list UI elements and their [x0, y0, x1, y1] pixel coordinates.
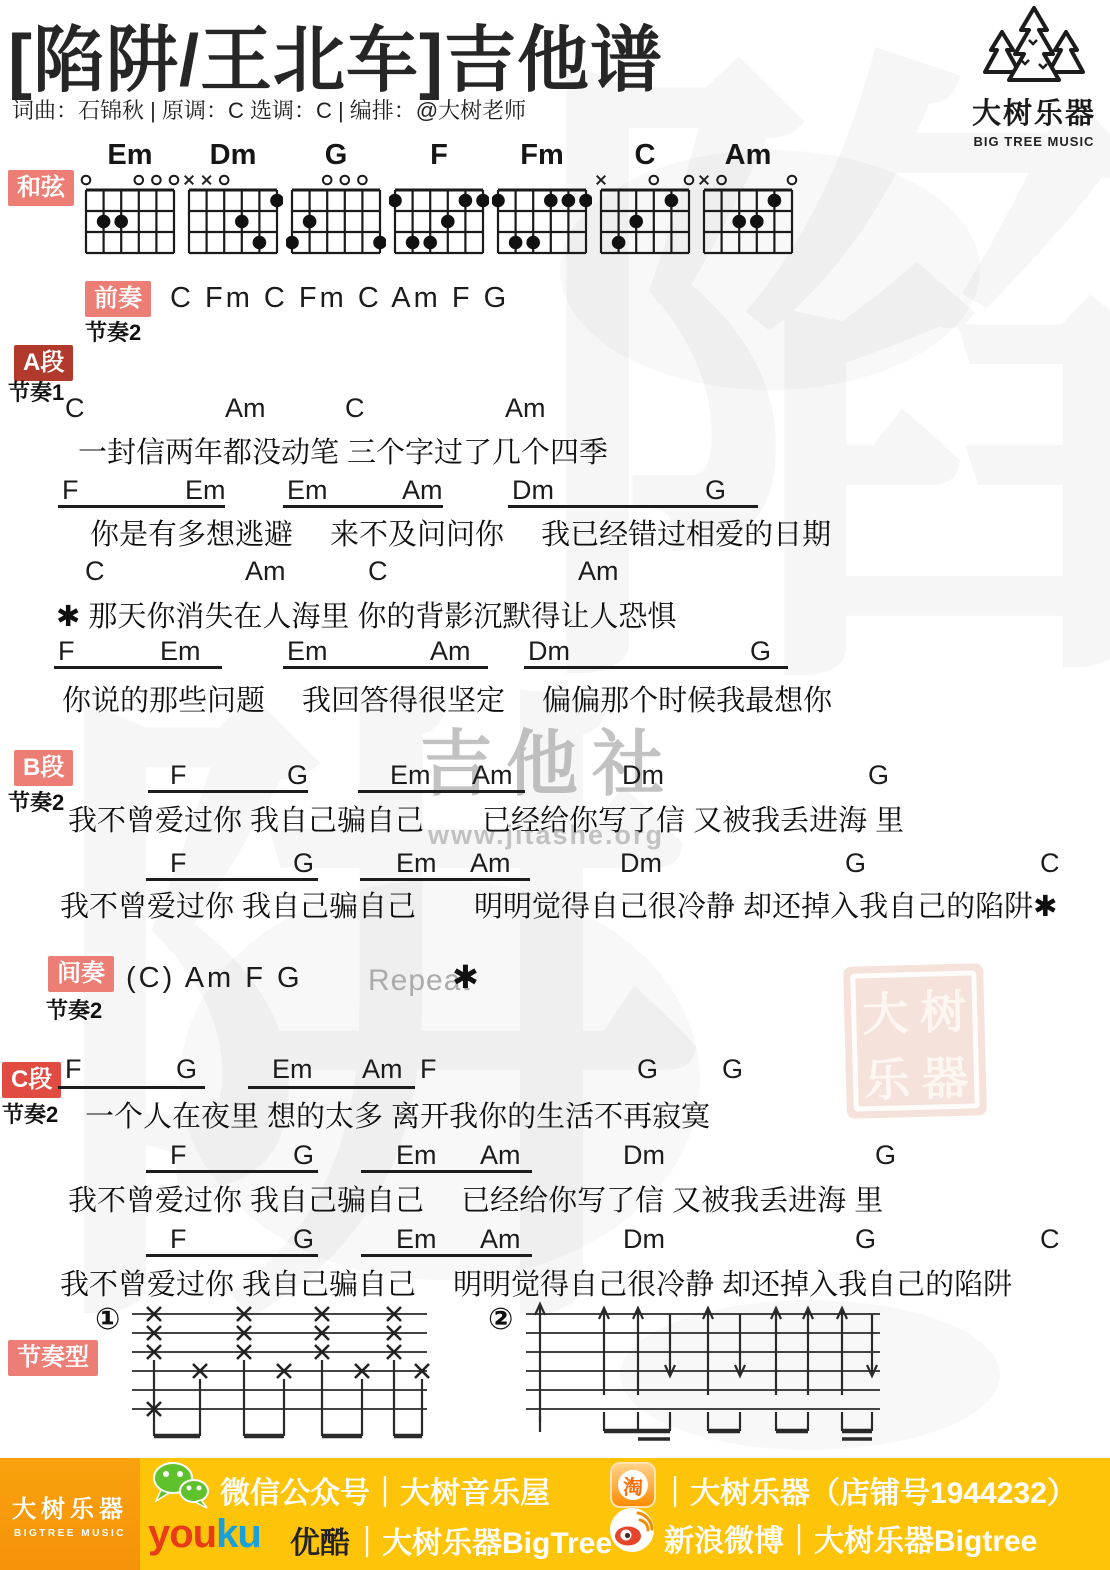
chord-underline: [283, 505, 443, 508]
chord-label: F: [170, 760, 187, 791]
chord-label: Em: [160, 636, 201, 667]
chord-label: Em: [396, 1140, 437, 1171]
chord-underline: [146, 1254, 318, 1257]
chord-label: Am: [480, 1140, 521, 1171]
chord-grid: [389, 170, 489, 260]
chord-diagram-name: C: [595, 140, 695, 170]
chord-diagram-name: G: [286, 140, 386, 170]
youku-logo-red: you: [148, 1512, 216, 1556]
wechat-icon: [150, 1460, 212, 1510]
chord-underline: [146, 878, 318, 881]
chord-label: Am: [480, 1224, 521, 1255]
lyric-line: 我不曾爱过你 我自己骗自己 已经给你写了信 又被我丢进海 里: [68, 798, 904, 839]
seal-char: 树: [919, 976, 967, 1043]
badge-前奏: 前奏: [85, 281, 151, 317]
chord-underline: [148, 790, 308, 793]
page-title: [陷阱/王北车]吉他谱: [8, 2, 663, 106]
pattern-1-label: ①: [95, 1302, 120, 1337]
chord-label: F: [58, 636, 75, 667]
chord-underline: [146, 1170, 318, 1173]
chord-label: Dm: [620, 848, 662, 879]
footer-bar: 大树乐器 BIGTREE MUSIC 微信公众号｜大树音乐屋 淘 ｜大树乐器（店…: [0, 1458, 1110, 1570]
chord-diagram-Fm: Fm: [492, 140, 592, 265]
taobao-glyph: 淘: [618, 1470, 648, 1500]
chord-label: Dm: [512, 475, 554, 506]
rhythm-label: 节奏2: [46, 994, 102, 1025]
brand-name: 大树乐器: [958, 91, 1110, 132]
chord-label: Am: [225, 393, 266, 424]
chord-underline: [361, 1170, 532, 1173]
chord-label: Em: [185, 475, 226, 506]
lyric-line: 我不曾爱过你 我自己骗自己 明明觉得自己很冷静 却还掉入我自己的陷阱: [60, 1262, 1012, 1303]
chord-label: G: [293, 1224, 314, 1255]
chord-underline: [58, 1086, 205, 1089]
rhythm-label: 节奏2: [8, 786, 64, 817]
chord-grid: [595, 170, 695, 260]
chord-diagram-C: C: [595, 140, 695, 265]
chord-label: Am: [245, 556, 286, 587]
chord-label: F: [62, 475, 79, 506]
strum-pattern-2: [518, 1300, 888, 1452]
footer-brand-name: 大树乐器: [12, 1489, 128, 1524]
rhythm-label: 节奏2: [2, 1098, 58, 1129]
song-meta: 词曲：石锦秋 | 原调：C 选调：C | 编排：@大树老师: [12, 94, 526, 125]
youku-logo-blue: ku: [216, 1512, 261, 1556]
chord-label: Am: [402, 475, 443, 506]
chord-underline: [283, 666, 488, 669]
chord-label: G: [855, 1224, 876, 1255]
seal-char: 大: [861, 977, 909, 1044]
chord-label: G: [868, 760, 889, 791]
chord-label: F: [170, 1224, 187, 1255]
chord-label: G: [705, 475, 726, 506]
rhythm-label: 节奏2: [85, 316, 141, 347]
chord-grid: [286, 170, 386, 260]
rhythm-label: 节奏1: [8, 376, 64, 407]
footer-brand-subtitle: BIGTREE MUSIC: [14, 1528, 126, 1539]
strum-pattern-1: [122, 1300, 434, 1452]
chord-label: C: [368, 556, 388, 587]
lyric-line: 你说的那些问题 我回答得很坚定 偏偏那个时候我最想你: [62, 678, 832, 719]
bigtree-seal-stamp: 大 树 乐 器: [843, 963, 987, 1119]
seal-characters: 大 树 乐 器: [850, 970, 980, 1111]
chord-underline: [360, 878, 530, 881]
chord-grid: [698, 170, 798, 260]
chord-diagram-Em: Em: [80, 140, 180, 265]
chord-label: Am: [470, 848, 511, 879]
youku-logo: youku: [148, 1512, 261, 1557]
chord-label: Dm: [623, 1224, 665, 1255]
chord-underline: [358, 790, 525, 793]
intro-chord-line: C Fm C Fm C Am F G: [170, 282, 509, 315]
brand-subtitle: BIG TREE MUSIC: [958, 134, 1110, 149]
footer-brand-block: 大树乐器 BIGTREE MUSIC: [0, 1458, 140, 1570]
lyric-line: ✱ 那天你消失在人海里 你的背影沉默得让人恐惧: [56, 594, 676, 635]
pattern-2-label: ②: [488, 1302, 513, 1337]
chord-grid: [183, 170, 283, 260]
chord-label: C: [85, 556, 105, 587]
chord-underline: [58, 505, 225, 508]
chord-label: G: [293, 848, 314, 879]
chord-label: C: [1040, 848, 1060, 879]
lyric-line: 一封信两年都没动笔 三个字过了几个四季: [78, 430, 608, 471]
bigtree-logo: 大树乐器 BIG TREE MUSIC: [958, 4, 1110, 149]
chord-label: F: [170, 848, 187, 879]
badge-间奏: 间奏: [48, 956, 114, 992]
chord-label: Em: [287, 636, 328, 667]
chord-label: Am: [578, 556, 619, 587]
chord-label: Am: [472, 760, 513, 791]
badge-C段: C段: [2, 1062, 61, 1098]
chord-diagram-G: G: [286, 140, 386, 265]
chord-diagram-name: Am: [698, 140, 798, 170]
chord-label: Dm: [623, 1140, 665, 1171]
chord-label: Em: [272, 1054, 313, 1085]
chord-grid: [80, 170, 180, 260]
lyric-line: 我不曾爱过你 我自己骗自己 已经给你写了信 又被我丢进海 里: [68, 1178, 883, 1219]
chord-label: Am: [505, 393, 546, 424]
chord-label: C: [1040, 1224, 1060, 1255]
taobao-icon: 淘: [610, 1462, 656, 1508]
badge-B段: B段: [14, 750, 73, 786]
chord-label: G: [176, 1054, 197, 1085]
youku-cn-label: 优酷: [290, 1518, 350, 1562]
chord-label: Dm: [528, 636, 570, 667]
chord-label: Em: [396, 1224, 437, 1255]
lyric-line: 我不曾爱过你 我自己骗自己 明明觉得自己很冷静 却还掉入我自己的陷阱✱: [60, 884, 1057, 925]
chord-diagram-F: F: [389, 140, 489, 265]
chord-underline: [248, 1086, 415, 1089]
chord-label: Am: [430, 636, 471, 667]
chord-label: G: [287, 760, 308, 791]
chord-label: C: [65, 393, 85, 424]
weibo-icon: [610, 1508, 654, 1552]
wechat-account-label: 微信公众号｜大树音乐屋: [220, 1468, 550, 1512]
chord-label: Em: [390, 760, 431, 791]
chord-label: F: [65, 1054, 82, 1085]
bg-blob: [180, 880, 700, 1280]
chord-diagram-Dm: Dm: [183, 140, 283, 265]
chord-sheet-page: 陷 阱 吉他社 www.jitashe.org 大 树 乐 器 [陷阱/王北车]…: [0, 0, 1110, 1570]
youku-channel-label: ｜大树乐器BigTree: [352, 1518, 612, 1562]
chord-diagram-Am: Am: [698, 140, 798, 265]
chord-diagram-name: Fm: [492, 140, 592, 170]
chord-label: Em: [287, 475, 328, 506]
jitashe-watermark: 吉他社: [420, 706, 678, 810]
chord-label: Dm: [622, 760, 664, 791]
chord-label: G: [845, 848, 866, 879]
lyric-line: 一个人在夜里 想的太多 离开我你的生活不再寂寞: [85, 1094, 710, 1135]
chord-label: G: [722, 1054, 743, 1085]
chord-grid: [492, 170, 592, 260]
chord-label: Am: [362, 1054, 403, 1085]
chord-label: C: [345, 393, 365, 424]
chord-diagram-name: F: [389, 140, 489, 170]
chord-label: G: [293, 1140, 314, 1171]
chord-underline: [361, 1254, 532, 1257]
pine-trees-icon: [969, 4, 1099, 90]
chord-label: G: [750, 636, 771, 667]
chord-label: F: [420, 1054, 437, 1085]
chord-underline: [524, 666, 788, 669]
seal-char: 器: [921, 1042, 969, 1109]
chord-label: Em: [396, 848, 437, 879]
chord-diagram-name: Dm: [183, 140, 283, 170]
badge-节奏型: 节奏型: [8, 1340, 98, 1376]
repeat-star: ✱: [452, 958, 479, 996]
weibo-account-label: 新浪微博｜大树乐器Bigtree: [664, 1516, 1037, 1560]
lyric-line: 你是有多想逃避 来不及问问你 我已经错过相爱的日期: [90, 512, 831, 553]
chord-underline: [54, 666, 222, 669]
chord-underline: [508, 505, 758, 508]
chord-label: G: [637, 1054, 658, 1085]
seal-char: 乐: [863, 1043, 911, 1110]
chord-label: F: [170, 1140, 187, 1171]
badge-和弦: 和弦: [8, 170, 74, 206]
interlude-chord-line: (C) Am F G: [126, 962, 303, 995]
chord-diagram-name: Em: [80, 140, 180, 170]
taobao-shop-label: ｜大树乐器（店铺号1944232）: [660, 1468, 1077, 1512]
chord-label: G: [875, 1140, 896, 1171]
